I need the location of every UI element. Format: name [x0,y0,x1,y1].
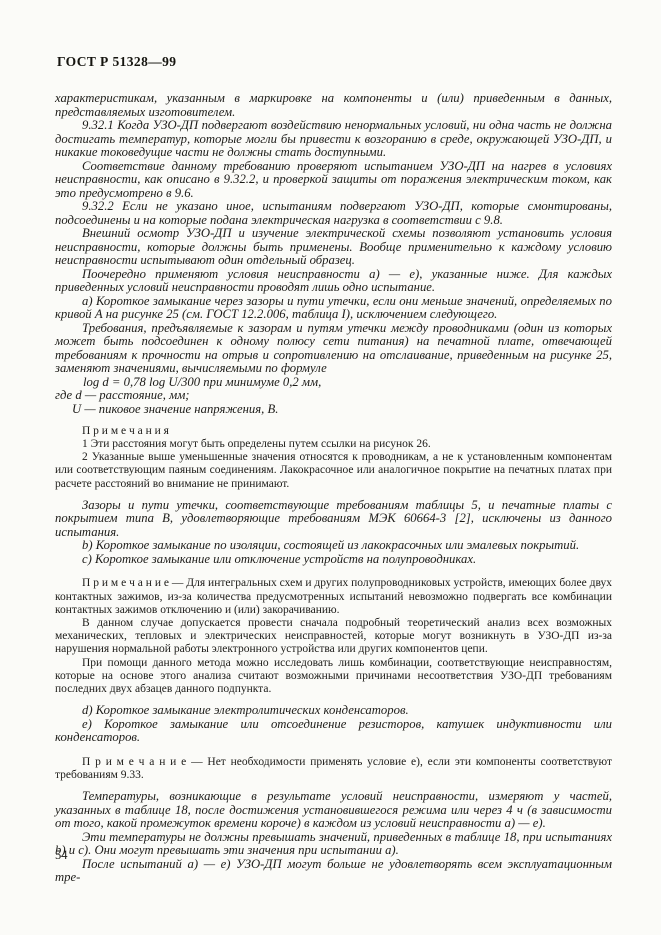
paragraph: e) Короткое замыкание или отсоединение р… [55,718,612,745]
document-page: { "page": { "header": "ГОСТ Р 51328—99",… [0,0,661,935]
paragraph: Требования, предъявляемые к зазорам и пу… [55,322,612,376]
paragraph: П р и м е ч а н и е — Для интегральных с… [55,577,612,617]
document-body: характеристикам, указанным в маркировке … [55,92,612,885]
paragraph: 1 Эти расстояния могут быть определены п… [55,438,612,451]
paragraph: П р и м е ч а н и е — Нет необходимости … [55,756,612,782]
paragraph: Эти температуры не должны превышать знач… [55,831,612,858]
paragraph: В данном случае допускается провести сна… [55,617,612,657]
paragraph: Соответствие данному требованию проверяю… [55,160,612,201]
paragraph: U — пиковое значение напряжения, В. [72,403,612,417]
paragraph: Поочередно применяют условия неисправнос… [55,268,612,295]
paragraph: 2 Указанные выше уменьшенные значения от… [55,451,612,491]
paragraph: Внешний осмотр УЗО-ДП и изучение электри… [55,227,612,268]
paragraph: После испытаний а) — е) УЗО-ДП могут бол… [55,858,612,885]
standard-number-header: ГОСТ Р 51328—99 [57,54,176,70]
paragraph: П р и м е ч а н и я [55,425,612,438]
paragraph: При помощи данного метода можно исследов… [55,657,612,697]
paragraph: c) Короткое замыкание или отключение уст… [55,553,612,567]
paragraph: Зазоры и пути утечки, соответствующие тр… [55,499,612,540]
paragraph: d) Короткое замыкание электролитических … [55,704,612,718]
page-number: 54 [55,848,68,863]
paragraph: характеристикам, указанным в маркировке … [55,92,612,119]
paragraph: b) Короткое замыкание по изоляции, состо… [55,539,612,553]
paragraph: а) Короткое замыкание через зазоры и пут… [55,295,612,322]
paragraph: Температуры, возникающие в результате ус… [55,790,612,831]
paragraph: 9.32.2 Если не указано иное, испытаниям … [55,200,612,227]
paragraph: где d — расстояние, мм; [55,389,612,403]
paragraph: log d = 0,78 log U/300 при минимуме 0,2 … [83,376,612,390]
paragraph: 9.32.1 Когда УЗО-ДП подвергают воздейств… [55,119,612,160]
